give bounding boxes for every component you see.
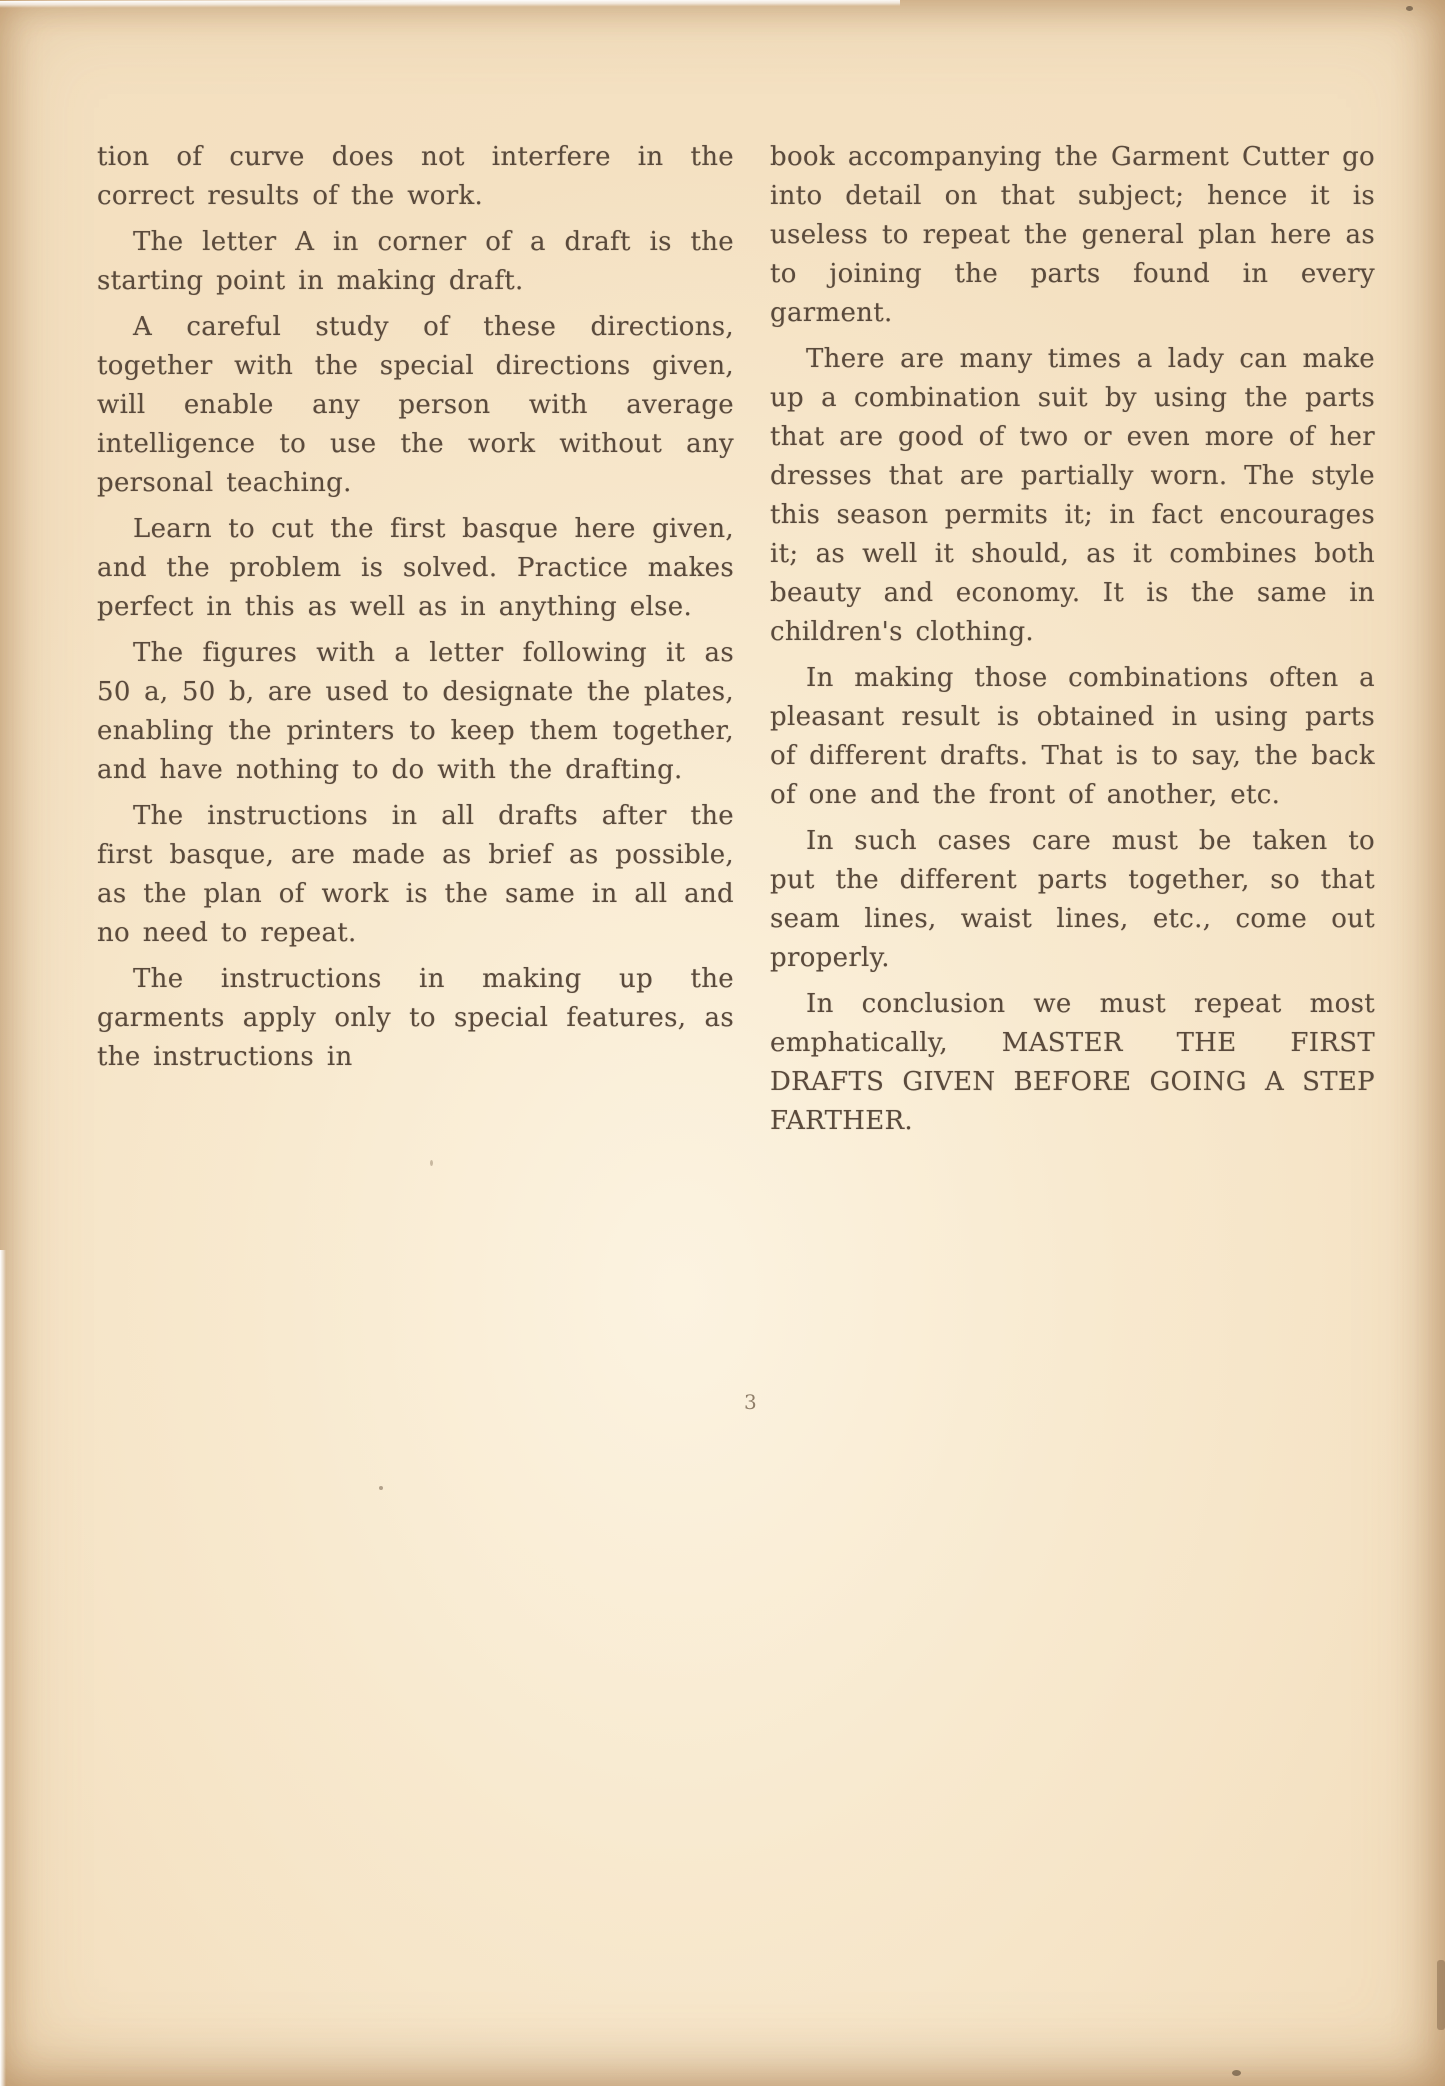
scan-edge-artifact-top xyxy=(0,0,900,8)
paper-speck xyxy=(1406,6,1413,11)
paragraph: tion of curve does not interfere in the … xyxy=(97,138,734,216)
paragraph: Learn to cut the first basque here given… xyxy=(97,510,734,627)
paragraph: There are many times a lady can make up … xyxy=(770,340,1375,652)
paragraph: The figures with a letter following it a… xyxy=(97,634,734,790)
paragraph: The instructions in making up the garmen… xyxy=(97,960,734,1077)
paragraph: book accompanying the Garment Cutter go … xyxy=(770,138,1375,333)
paper-speck xyxy=(1232,2070,1241,2076)
paper-speck xyxy=(379,1486,383,1490)
paper-speck xyxy=(1437,1960,1445,2030)
paragraph: In conclusion we must repeat most emphat… xyxy=(770,985,1375,1141)
paragraph: In such cases care must be taken to put … xyxy=(770,822,1375,978)
two-column-text-block: tion of curve does not interfere in the … xyxy=(97,138,1375,1148)
paragraph: The letter A in corner of a draft is the… xyxy=(97,223,734,301)
paper-speck xyxy=(430,1160,433,1166)
paragraph: The instructions in all drafts after the… xyxy=(97,797,734,953)
page-number: 3 xyxy=(744,1390,757,1414)
paragraph: In making those combinations often a ple… xyxy=(770,659,1375,815)
scan-edge-artifact-left xyxy=(0,1250,6,2086)
text-column-left: tion of curve does not interfere in the … xyxy=(97,138,734,1148)
scanned-page: tion of curve does not interfere in the … xyxy=(0,0,1445,2086)
paragraph: A careful study of these directions, tog… xyxy=(97,308,734,503)
text-column-right: book accompanying the Garment Cutter go … xyxy=(770,138,1375,1148)
